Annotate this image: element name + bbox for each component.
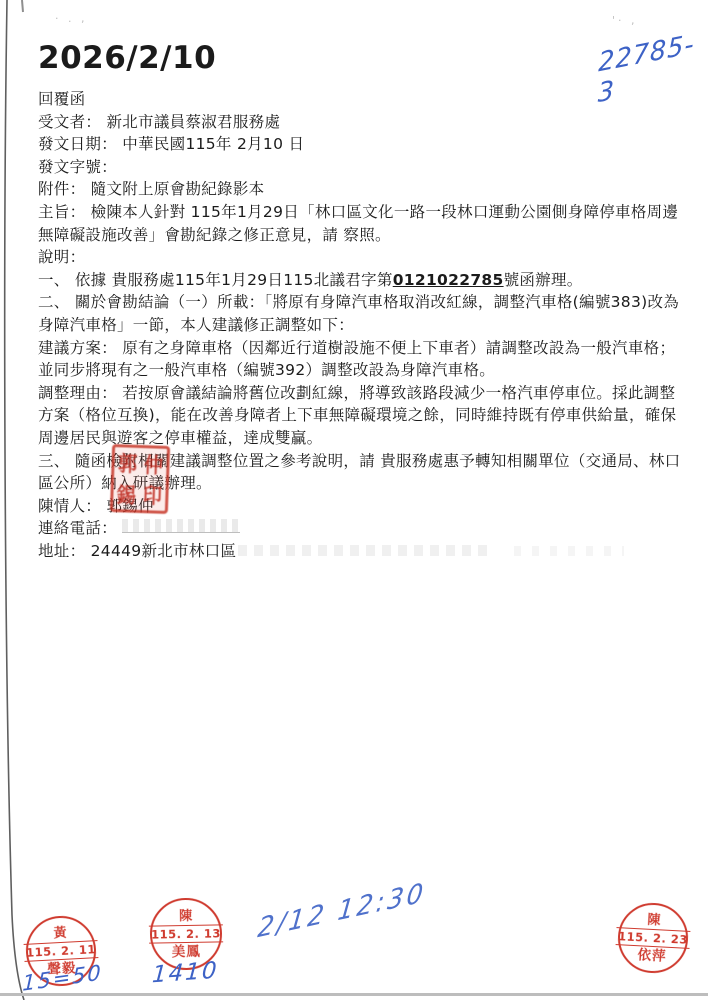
stamp-surname: 陳	[647, 912, 661, 928]
subject-value: 檢陳本人針對 115年1月29日「林口區文化一路一段林口運動公園側身障停車格周邊…	[38, 203, 678, 244]
recipient-label: 受文者：	[38, 113, 101, 131]
phone-label: 連絡電話：	[38, 519, 117, 537]
doc-number-line: 發文字號：	[38, 156, 682, 179]
phone-redacted-value	[122, 519, 240, 533]
issue-date-line: 發文日期： 中華民國115年 2月10 日	[38, 133, 682, 156]
petitioner-name-seal-stamp: 郭 仲 錫 印	[110, 444, 170, 514]
stamp-date: 115. 2. 11	[24, 940, 99, 962]
document-date-heading: 2026/2/10	[38, 40, 216, 76]
attachment-value: 隨文附上原會勘紀錄影本	[91, 180, 265, 198]
stamp-surname: 陳	[179, 908, 192, 923]
item1-ref-number: 0121022785	[393, 271, 504, 289]
address-redacted-value-2	[514, 546, 624, 556]
pencil-mark: · . ,	[55, 12, 87, 25]
proposal-line: 建議方案： 原有之身障車格（因鄰近行道樹設施不便上下車者）請調整改設為一般汽車格…	[38, 337, 682, 382]
address-value: 24449新北市林口區	[91, 542, 237, 560]
stamp-given-name: 依萍	[637, 947, 667, 964]
explanation-item-2: 二、 關於會勘結論（一）所載：「將原有身障汽車格取消改紅線，調整汽車格(編號38…	[38, 291, 682, 336]
handwritten-center-note: 2/12 12:30	[256, 877, 427, 944]
proposal-value: 原有之身障車格（因鄰近行道樹設施不便上下車者）請調整改設為一般汽車格；並同步將現…	[38, 339, 675, 380]
item1-prefix: 一、 依據 貴服務處115年1月29日115北議君字第	[38, 271, 393, 289]
recipient-line: 受文者： 新北市議員蔡淑君服務處	[38, 111, 682, 134]
attachment-label: 附件：	[38, 180, 85, 198]
seal-char: 錫	[116, 479, 136, 509]
letter-title: 回覆函	[38, 88, 682, 111]
seal-char: 仲	[144, 449, 164, 479]
subject-label: 主旨：	[38, 203, 85, 221]
phone-line: 連絡電話：	[38, 517, 682, 540]
issue-date-value: 中華民國115年 2月10 日	[122, 135, 304, 153]
address-redacted-value	[238, 545, 488, 556]
recipient-value: 新北市議員蔡淑君服務處	[106, 113, 280, 131]
pencil-mark: '· ,	[612, 14, 638, 27]
reason-line: 調整理由： 若按原會議結論將舊位改劃紅線，將導致該路段減少一格汽車停車位。採此調…	[38, 382, 682, 450]
petitioner-label: 陳情人：	[38, 497, 101, 515]
doc-number-label: 發文字號：	[38, 158, 117, 176]
stamp-given-name: 美鳳	[172, 943, 201, 960]
item1-suffix: 號函辦理。	[504, 271, 583, 289]
stamp-surname: 黃	[53, 925, 67, 941]
explanation-item-1: 一、 依據 貴服務處115年1月29日115北議君字第0121022785號函辦…	[38, 269, 682, 292]
scan-bottom-edge	[0, 993, 708, 996]
address-line: 地址： 24449新北市林口區	[38, 540, 682, 563]
seal-char: 郭	[118, 448, 138, 478]
address-label: 地址：	[38, 542, 85, 560]
explanation-heading: 說明：	[38, 246, 682, 269]
seal-char: 印	[142, 480, 162, 510]
stamp-date: 115. 2. 13	[149, 924, 223, 943]
scan-edge-line	[0, 0, 30, 1000]
scanned-letter-page: · . , '· , 2026/2/10 22785-3 回覆函 受文者： 新北…	[0, 0, 708, 1000]
round-date-stamp-chen-yiping: 陳 115. 2. 23 依萍	[616, 901, 690, 975]
stamp-date: 115. 2. 23	[616, 927, 691, 949]
reason-label: 調整理由：	[38, 384, 117, 402]
proposal-label: 建議方案：	[38, 339, 117, 357]
subject-line: 主旨： 檢陳本人針對 115年1月29日「林口區文化一路一段林口運動公園側身障停…	[38, 201, 682, 246]
reason-value: 若按原會議結論將舊位改劃紅線，將導致該路段減少一格汽車停車位。採此調整方案（格位…	[38, 384, 676, 447]
attachment-line: 附件： 隨文附上原會勘紀錄影本	[38, 178, 682, 201]
issue-date-label: 發文日期：	[38, 135, 117, 153]
handwritten-time-note: 1410	[151, 958, 219, 989]
